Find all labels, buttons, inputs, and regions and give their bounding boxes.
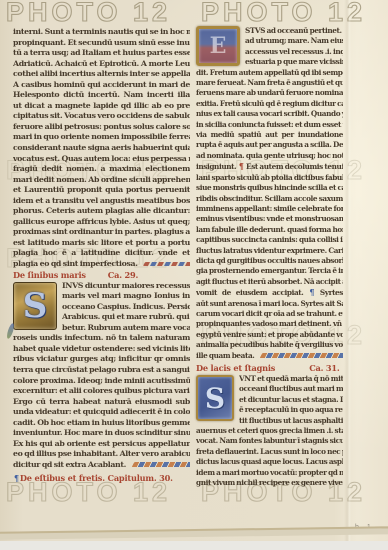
text-line: INVS dicuntur maiores recessus: [62, 281, 190, 292]
text-line: cipitatus sit. Vocatus vero occidens de …: [13, 111, 190, 122]
text-line: plagia eo qd sint imperfectiosa.: [13, 259, 190, 270]
text-line: STVS ad occeanū pertinet. fretum: [245, 26, 343, 36]
left-text-column: interni. Sunt a terminis nautis qui se i…: [13, 27, 190, 470]
text-line: via mediū spatiū aut per inundatione: [196, 130, 343, 140]
text-line: Ex his qui ab oriente est persicus appel…: [13, 439, 190, 450]
rubric-title: De ſinibus maris: [13, 270, 86, 281]
text-line: feruens mare ab undarū feruore nominatū.: [196, 88, 343, 98]
text-line: ille quam beata.: [196, 351, 343, 361]
text-line: egyptū venire sunt: et prope abūdante vo…: [196, 330, 343, 340]
text-line: freta deflauerint. Lacus sunt in loco ne…: [196, 447, 343, 457]
line-filler-ornament: [131, 462, 190, 467]
parchment-crease: [344, 0, 351, 541]
text-line: Arabicus. qui et mare rubrū. qui occeano…: [62, 312, 190, 323]
text-line: estuaria p que mare vicissim tam accedit…: [245, 57, 343, 67]
text-line: dicitur qd sit extra Acablant.: [13, 460, 190, 471]
text-line: imminens appellant: simile celebrate for…: [196, 204, 343, 214]
illuminated-initial-S: S: [196, 375, 234, 421]
illuminated-initial-S: S: [13, 282, 57, 330]
text-line: ribdis obscinditur. Scillam accole saxum…: [196, 194, 343, 204]
text-line: idem a mari mortuo vocatū: propter qd ni…: [196, 468, 343, 478]
text-line: ad nominata. quia gente utriusq; hoc not…: [196, 151, 343, 161]
text-line: inveniuntur. Hoc mare in duos scinditur …: [13, 428, 190, 439]
text-line: occeano Caspius. Indicus. Persicus.: [62, 302, 190, 313]
background-strip: [0, 546, 388, 550]
text-line: eminus visentibus: vnde et monstruosam. …: [196, 214, 343, 224]
rubric-title: De eſtibus et fretis. Capitulum. 30.: [20, 473, 173, 484]
text-line: maris vel mari magno Ionius in: [62, 291, 190, 302]
text-line: propinquantes vadoso mari detinent. vn̄ …: [196, 319, 343, 329]
text-line: in sicilia coniuncta fuisset: et dum ess…: [196, 120, 343, 130]
text-line: Helesponto dictū incertū. Nam incerti il…: [13, 90, 190, 101]
text-line: cothei alibi incertius alternis inter se…: [13, 69, 190, 80]
text-line: gia prosternendo emergantur. Tercia ē in…: [196, 266, 343, 276]
text-line: excernitur: et alii colores quibus pictu…: [13, 386, 190, 397]
text-line: betur. Rubrum autem mare vocatū eo qd si…: [62, 323, 190, 334]
text-line: mari dedit nomen. Ab ordine siculi appre…: [13, 175, 190, 186]
text-line: fluctus latratus videntur exprimere. Car…: [196, 246, 343, 256]
page-bottom-edge: [0, 526, 388, 540]
initial-letter: S: [23, 286, 48, 326]
text-line: dictus lacus quasi aque locus. Lacus asp…: [196, 457, 343, 467]
text-line: Adriaticū. Achaicū et Epiroticū. A morte…: [13, 59, 190, 70]
text-line: eo qd illius pse inhabitant. Alter vero …: [13, 449, 190, 460]
manuscript-page: PHOTO 12 PHOTO 12 PHOTO 12 PHOTO 12 PHOT…: [0, 0, 388, 541]
text-line: habet quale videtur ostendere: sed vicin…: [13, 344, 190, 355]
initial-letter: S: [205, 382, 225, 415]
text-line: ribus viciatur gurges atq; inficitur qr …: [13, 354, 190, 365]
text-line: nius ex tali causa vocari scribit. Quand…: [196, 109, 343, 119]
text-line: feruore alibi petrosus: pontus solus cal…: [13, 122, 190, 133]
text-line: carum vocari dicit qr oīa ad se trahunt.…: [196, 309, 343, 319]
chapter-sinus-block: S INVS dicuntur maiores recessusmaris ve…: [13, 281, 190, 471]
text-line: accessus vel recessus .i. inquietudo vn̄: [245, 47, 343, 57]
photo12-watermark: PHOTO 12: [201, 0, 366, 28]
text-line: tit fluctibus ut lacus asphalti lacus be…: [239, 416, 343, 426]
rubric-title: De lacis et ſtagnis: [196, 363, 275, 374]
text-line: gallicus europe affricus lybie. Asius ut…: [13, 217, 190, 228]
rubric-chapter-29: De ſinibus maris Ca. 29.: [13, 270, 190, 281]
text-line: vomit de eiusdem accipiat. ¶ Syrtes: [196, 287, 343, 298]
text-line: aūt sunt arenosa ī mari loca. Syrtes ait…: [196, 299, 343, 309]
text-line: rupta ē aquis aut per angusta a scilla. …: [196, 140, 343, 150]
text-line: tū a terra usq; ad Italiam et huius part…: [13, 48, 190, 59]
text-line: mare ferueat. Nam freta ē angustiū et qu…: [196, 78, 343, 88]
text-line: et Laurentiū proponit quia portus peruen…: [13, 185, 190, 196]
text-line: vocatus est. Quas autem loca: eius perpe…: [13, 154, 190, 165]
text-line: phorus. Ceteris autem plagias alie dican…: [13, 206, 190, 217]
chapter-estus-block: E STVS ad occeanū pertinet. fretumad utr…: [196, 26, 343, 361]
text-line: plagia hoc ē a latitudine dicitur. vnde …: [13, 248, 190, 259]
text-line: est latitudo maris sic litore et portu a…: [13, 238, 190, 249]
rubric-chapter-30: ¶ De eſtibus et fretis. Capitulum. 30.: [13, 473, 213, 484]
text-line: colore proxima. Ideoq; inde minii acutis…: [13, 376, 190, 387]
text-line: roseis undis infectum. nō tn talem natur…: [13, 333, 190, 344]
text-line: cadit. Ob hoc etiam in huius litoribus g…: [13, 418, 190, 429]
chapter-number: Ca. 31.: [309, 363, 339, 374]
text-line: considerant naute signa aeris habuerint …: [13, 143, 190, 154]
text-line: fragiū dedit nomen. a maxima electionem: [13, 164, 190, 175]
illuminated-initial-E: E: [196, 26, 240, 66]
text-line: terra que circūstat pelago rubra est a s…: [13, 365, 190, 376]
chapter-sunt-block: S VNT et quedā maria q̄ nō mittuntoccean…: [196, 374, 343, 488]
text-line: gnit vivum nichil recipere ex genere viv…: [196, 478, 343, 488]
pilcrow-mark: ¶: [238, 161, 245, 171]
text-line: insigniunt. ¶ Est autem decolumis tenuiū: [196, 161, 343, 172]
text-line: A casibus hominū qui acciderunt in mari …: [13, 80, 190, 91]
text-line: lam fabule ille dederunt. quasi forma ho…: [196, 225, 343, 235]
text-line: capitibus succincta caninis: quia collis…: [196, 235, 343, 245]
text-line: proximas sint ordinantur in partes. plag…: [13, 227, 190, 238]
pilcrow-mark: ¶: [308, 287, 315, 297]
text-line: ut dicat a magnete lapide qd illic ab eo…: [13, 101, 190, 112]
text-line: mari in quo oriente nomen impossibile fe…: [13, 132, 190, 143]
paragraph-de-mari: interni. Sunt a terminis nautis qui se i…: [13, 27, 190, 270]
text-line: lani sparto siculū ab ptolia dictibus fa…: [196, 173, 343, 183]
rubric-chapter-31: De lacis et ſtagnis Ca. 31.: [196, 363, 343, 374]
text-line: exitia. Fretū siculū qd ē regium dicitur…: [196, 99, 343, 109]
text-line: ad utrumq; mare. Nam eius ē maris: [245, 36, 343, 46]
text-line: propinquant. Et secundū usum sinū esse i…: [13, 38, 190, 49]
photo12-watermark: PHOTO 12: [6, 0, 171, 28]
text-line: vocat. Nam fontes labuntur ī stagnis sic…: [196, 436, 343, 446]
text-line: dicta qd gurgitibus occultis naues absor…: [196, 256, 343, 266]
initial-letter: E: [210, 33, 227, 59]
text-line: siue monstris quibus hincinde scilla et …: [196, 183, 343, 193]
text-line: auernus et ceteri quos grecia limen .i. …: [196, 426, 343, 436]
text-line: VNT et quedā maria q̄ nō mittunt: [239, 374, 343, 384]
text-line: occeani fluctibus aut mari magno.: [239, 384, 343, 394]
text-line: agit fluctus et iterū absorbet. Nā accip…: [196, 277, 343, 287]
chapter-number: Ca. 29.: [108, 270, 138, 281]
pilcrow-mark: ¶: [13, 473, 20, 484]
text-line: idem et a transitu vel angustis meatibus…: [13, 196, 190, 207]
text-line: interni. Sunt a terminis nautis qui se i…: [13, 27, 190, 38]
text-line: animalia pecudibus habite q̄ vergilius v…: [196, 340, 343, 350]
line-filler-ornament: [143, 262, 190, 266]
line-filler-ornament: [260, 353, 343, 358]
text-line: dit. Fretum autem appellatū qd ibi sempe…: [196, 68, 343, 78]
text-line: ē receptaculū in quo aqua retinetur nec …: [239, 405, 343, 415]
text-line: Ergo cū terra habeat naturā eiusmodi sub: [13, 397, 190, 408]
text-line: unda videatur: et quicquid adiecerit ē i…: [13, 407, 190, 418]
text-line: et dicuntur lacus et stagna. Lacus: [239, 395, 343, 405]
right-text-column: E STVS ad occeanū pertinet. fretumad utr…: [196, 26, 343, 488]
